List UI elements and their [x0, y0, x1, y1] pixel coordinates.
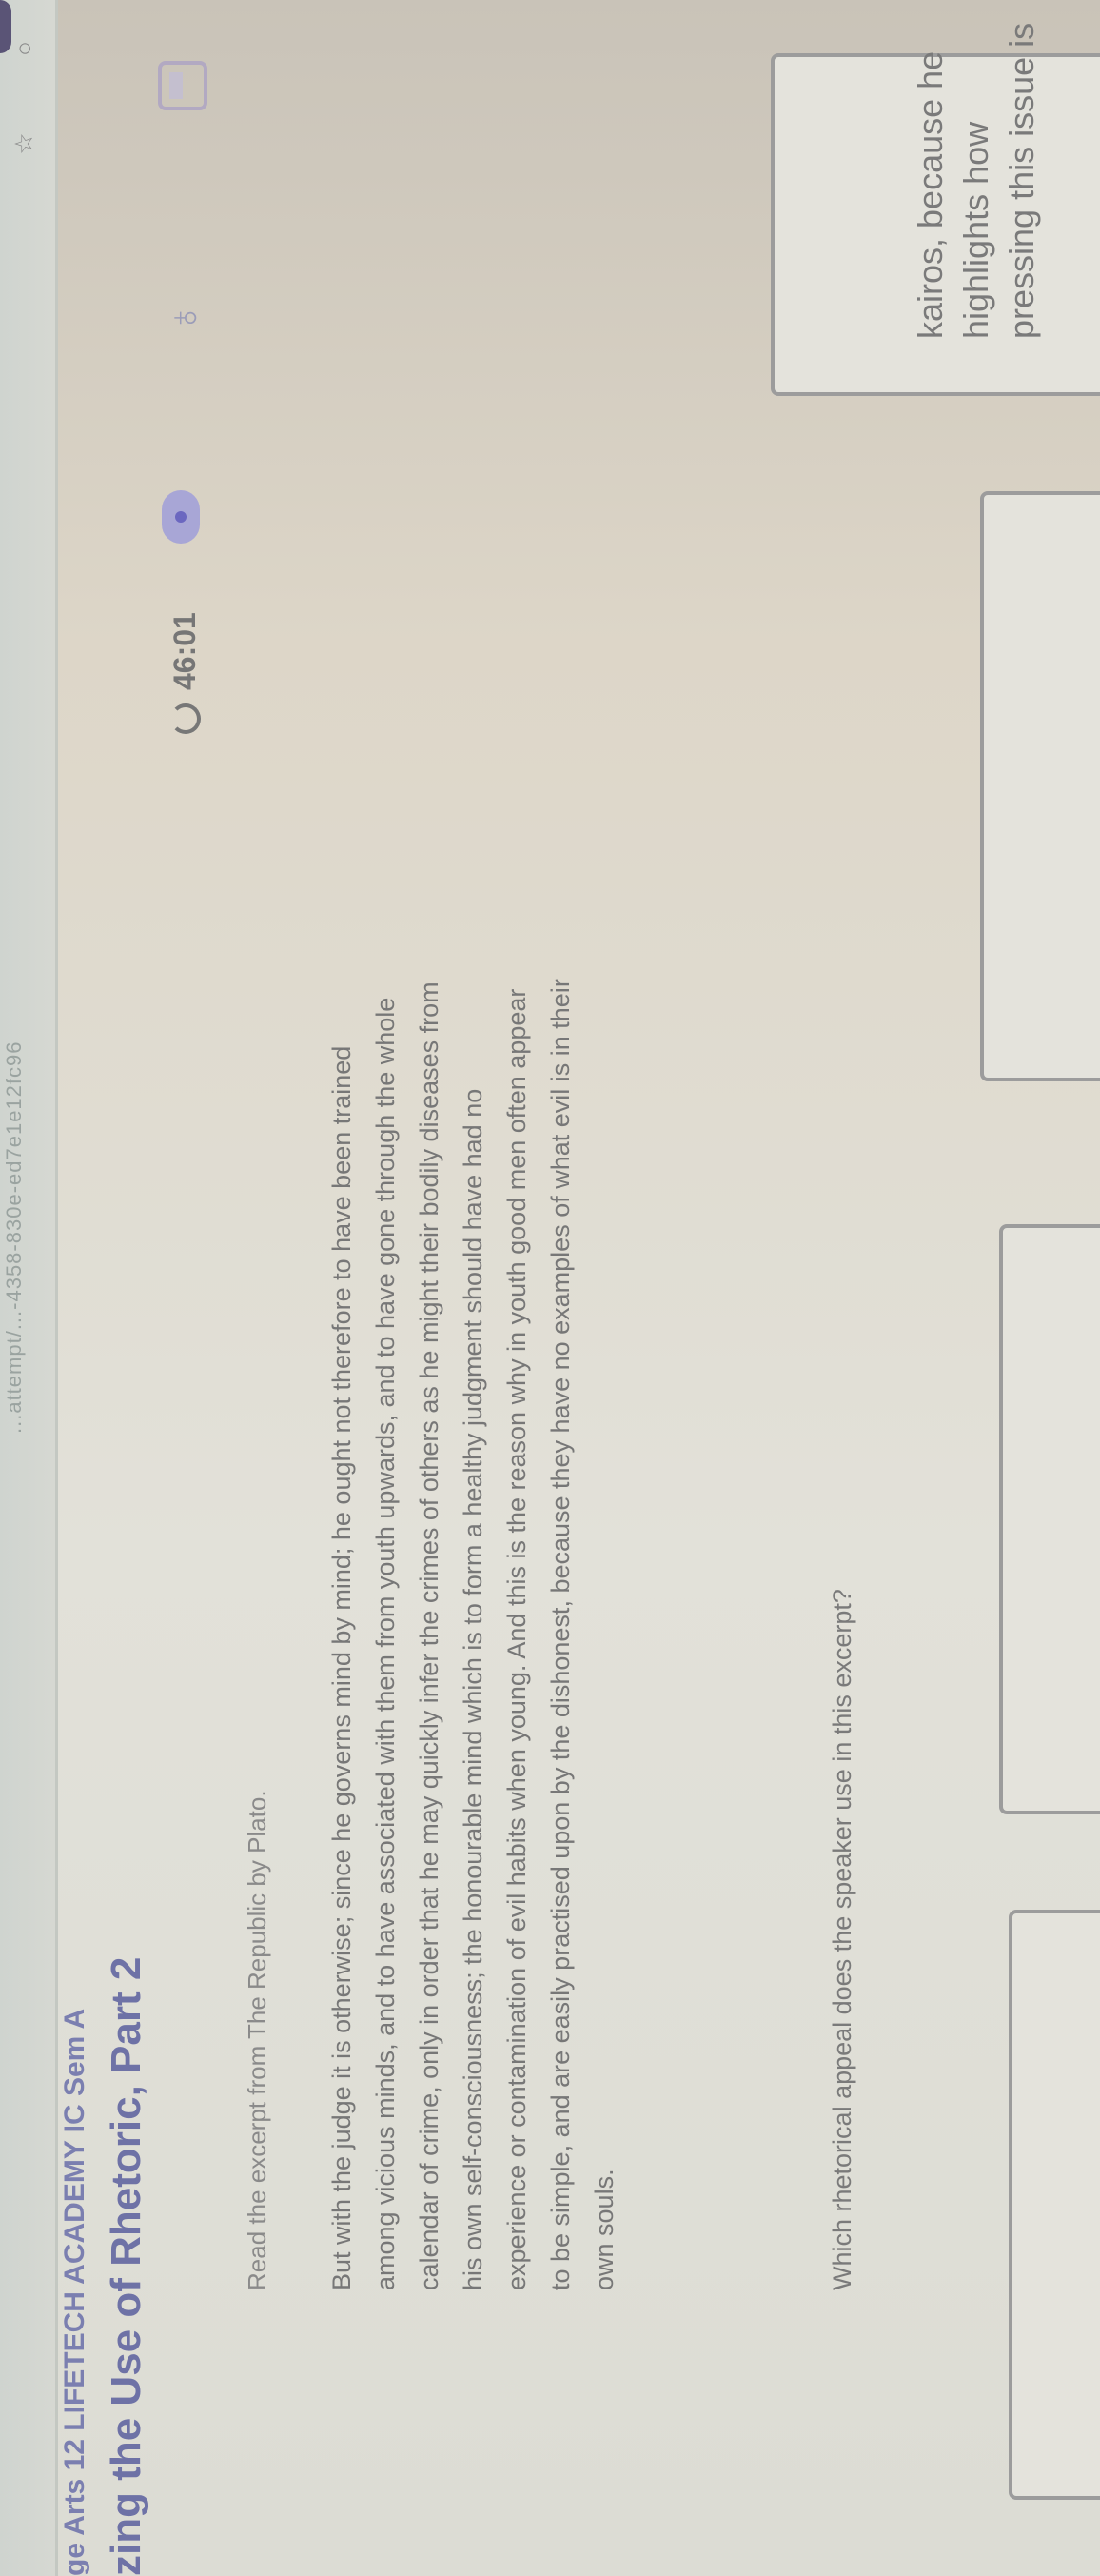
- timer-value: 46:01: [167, 612, 203, 690]
- choice-line: pressing this issue is: [999, 57, 1045, 339]
- page-title: zing the Use of Rhetoric, Part 2: [103, 1957, 150, 2576]
- passage-line: own souls.: [582, 815, 626, 2290]
- menu-icon[interactable]: [0, 0, 11, 53]
- answer-choice-pathos[interactable]: pathos, because he caters to readers' em…: [1009, 1910, 1100, 2500]
- answer-choice-kairos[interactable]: kairos, because he highlights how pressi…: [771, 53, 1100, 396]
- answer-choice-logos[interactable]: logos, because he presents a logical arg…: [980, 491, 1100, 1081]
- passage-intro: Read the excerpt from The Republic by Pl…: [243, 1790, 272, 2290]
- passage-line: experience or contamination of evil habi…: [495, 815, 539, 2290]
- url-text[interactable]: ...attempt/...-4358-830e-ed7e1e12fc96: [2, 1041, 27, 1434]
- rotated-page: ...attempt/...-4358-830e-ed7e1e12fc96 ☆ …: [0, 0, 1100, 2576]
- bookmark-star-icon[interactable]: ☆: [10, 129, 38, 158]
- timer: 46:01: [167, 612, 203, 734]
- choice-line: highlights how: [953, 57, 999, 339]
- lightbulb-hint-icon[interactable]: ♁: [158, 297, 211, 339]
- choice-line: kairos, because he: [908, 57, 953, 339]
- calculator-icon[interactable]: [158, 61, 207, 110]
- timer-icon: [170, 703, 201, 734]
- profile-icon[interactable]: ○: [10, 34, 38, 63]
- passage-line: to be simple, and are easily practised u…: [539, 815, 582, 2290]
- passage-line: calendar of crime, only in order that he…: [407, 815, 451, 2290]
- passage-line: his own self-consciousness; the honourab…: [451, 815, 495, 2290]
- question-text: Which rhetorical appeal does the speaker…: [828, 1589, 857, 2290]
- browser-address-bar[interactable]: ...attempt/...-4358-830e-ed7e1e12fc96 ☆ …: [0, 0, 58, 2576]
- answer-choice-ethos[interactable]: ethos, because he relies on a respected …: [999, 1224, 1100, 1814]
- passage: But with the judge it is otherwise; sinc…: [320, 815, 626, 2290]
- passage-line: among vicious minds, and to have associa…: [363, 815, 407, 2290]
- course-name: ge Arts 12 LIFETECH ACADEMY IC Sem A: [59, 2009, 91, 2576]
- pill-toggle-icon[interactable]: [162, 490, 200, 544]
- passage-line: But with the judge it is otherwise; sinc…: [320, 815, 363, 2290]
